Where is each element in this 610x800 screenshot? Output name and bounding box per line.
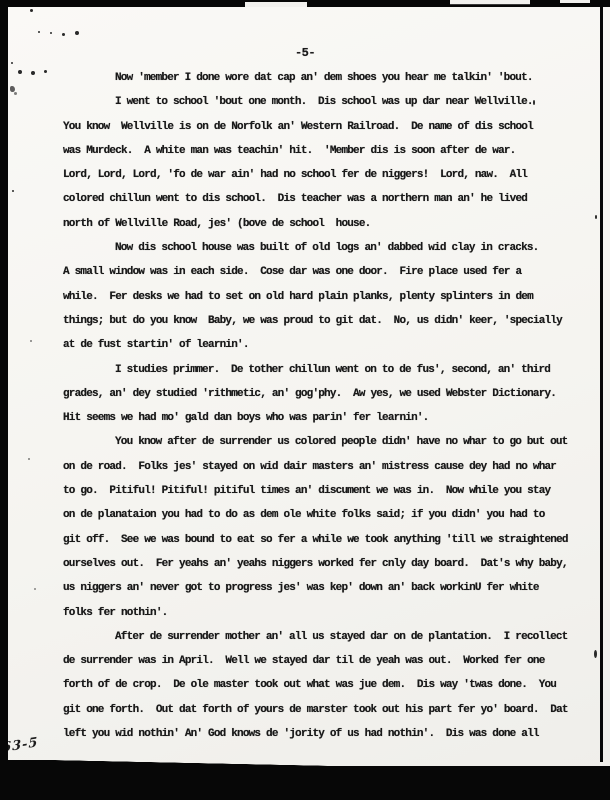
typed-line: north of Wellville Road, jes' (bove de s… (63, 212, 583, 236)
scan-speckle (30, 9, 33, 12)
typed-line: git one forth. Out dat forth of yours de… (63, 698, 583, 722)
typed-line: You know after de surrender us colored p… (63, 430, 583, 454)
page-number: -5- (0, 46, 610, 60)
scan-speckle (38, 31, 40, 33)
scan-speckle (18, 70, 22, 74)
typed-line: on de planataion you had to do as dem ol… (63, 503, 583, 527)
scan-edge-gap (450, 0, 530, 5)
typed-line: I studies primmer. De tother chillun wen… (63, 358, 583, 382)
typed-text-block: Now 'member I done wore dat cap an' dem … (63, 66, 583, 746)
typed-line: while. Fer desks we had to set on old ha… (63, 285, 583, 309)
typed-line: de surrender was in April. Well we staye… (63, 649, 583, 673)
typed-line: I went to school 'bout one month. Dis sc… (63, 90, 583, 114)
scan-speckle (595, 215, 597, 219)
scan-speckle (28, 458, 30, 460)
typed-line: ourselves out. Fer yeahs an' yeahs nigge… (63, 552, 583, 576)
typed-line: A small window was in each side. Cose da… (63, 260, 583, 284)
scan-speckle (594, 650, 597, 658)
scan-speckle (50, 32, 52, 34)
typed-line: things; but do you know Baby, we was pro… (63, 309, 583, 333)
scan-speckle (34, 588, 36, 590)
scan-speckle (75, 31, 79, 35)
typed-line: You know Wellville is on de Norfolk an' … (63, 115, 583, 139)
scan-edge-left (0, 0, 8, 772)
typed-line: grades, an' dey studied 'rithmetic, an' … (63, 382, 583, 406)
typed-line: Now dis school house was built of old lo… (63, 236, 583, 260)
typed-line: git off. See we was bound to eat so fer … (63, 528, 583, 552)
scan-speckle (44, 70, 47, 73)
scan-edge-top (0, 0, 610, 7)
typed-line: Lord, Lord, Lord, 'fo de war ain' had no… (63, 163, 583, 187)
typed-line: colored chillun went to dis school. Dis … (63, 187, 583, 211)
typed-line: forth of de crop. De ole master took out… (63, 673, 583, 697)
scan-speckle (31, 71, 35, 75)
scan-speckle (533, 100, 535, 105)
scan-edge-gap (560, 0, 590, 3)
scan-speckle (12, 190, 14, 192)
typed-line: to go. Pitiful! Pitiful! pitiful times a… (63, 479, 583, 503)
pencil-scribble (14, 92, 17, 95)
typed-line: Now 'member I done wore dat cap an' dem … (63, 66, 583, 90)
typed-line: was Murdeck. A white man was teachin' hi… (63, 139, 583, 163)
scan-speckle (62, 33, 65, 36)
typed-line: us niggers an' never got to progress jes… (63, 576, 583, 600)
scan-speckle (30, 340, 32, 342)
scan-edge-bottom (0, 766, 610, 800)
scan-edge-right (600, 2, 603, 762)
scan-speckle (11, 62, 13, 64)
scanned-page: -5- Now 'member I done wore dat cap an' … (0, 0, 610, 800)
typed-line: After de surrender mother an' all us sta… (63, 625, 583, 649)
typed-line: left you wid nothin' An' God knows de 'j… (63, 722, 583, 746)
typed-line: at de fust startin' of learnin'. (63, 333, 583, 357)
scan-edge-gap (245, 2, 307, 7)
typed-line: folks fer nothin'. (63, 601, 583, 625)
typed-line: on de road. Folks jes' stayed on wid dai… (63, 455, 583, 479)
typed-line: Hit seems we had mo' gald dan boys who w… (63, 406, 583, 430)
